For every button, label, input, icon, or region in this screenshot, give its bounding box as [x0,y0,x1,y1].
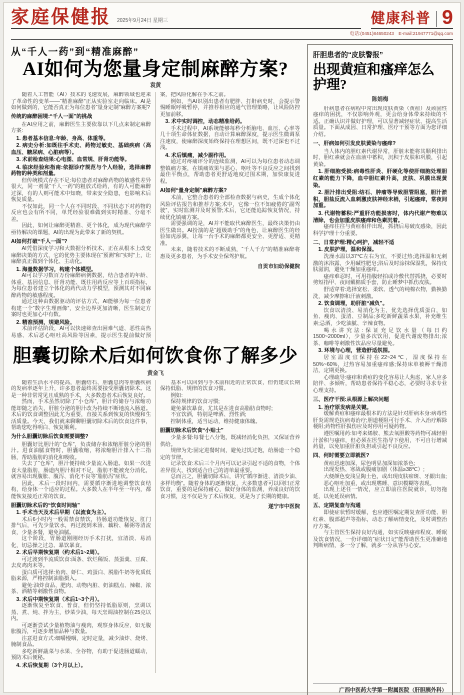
article-text-p: 胆囊好比胆汁的“仓库”，负责储存和浓缩肝脏分泌的胆汁。进食油腻食物时，胆囊收缩，… [11,442,151,462]
article-text-p: 当人体内的胆红素代谢异常，肝脏未能将其顺利排出时，胆红素就会在血液中蓄积，沉积于… [313,149,447,169]
article-ai-author: 袁黄 [11,81,300,89]
article-liver-title: 出现黄疸和瘙痒怎么护理? [313,62,447,93]
article-text-h: 为什么胆囊切除后饮食需要调整? [11,434,151,441]
page-content: 从“千人一药”到“精准麻醉” AI如何为您量身定制麻醉方案? 袁黄 随着人工智能… [11,44,453,695]
article-text-p: 洗澡水温以37℃左右为宜，不要过热;选择温和无刺激的沐浴露，少用碱性肥皂;浴后及… [313,254,447,274]
article-text-p: 然而，手术虽然切除了“小仓库”，胆汁的储存与浓缩功能却随之消失，肝脏分泌的胆汁改… [11,399,151,432]
article-liver-kicker: 肝胆患者的“皮肤警报” [313,50,447,60]
article-ai-anesthesia: 从“千人一药”到“精准麻醉” AI如何为您量身定制麻醉方案? 袁黄 随着人工智能… [11,44,300,343]
article-diet-body: 随着生活水平的提高，胆囊结石、胆囊息肉等胆囊疾病的发病率逐年上升，许多患者最终需… [11,380,300,673]
article-text-h: 胆囊切除术后饮食“小贴士” [160,428,300,435]
article-text-p: 可过渡到半流质饮食:面条、软烂稀饭、蒸蛋羹、豆腐、去皮鸡肉末等。 [11,557,151,570]
article-text-p: 不仅如此，同一个人在不同时段、不同状态下对药物的反应也会有所不同，单凭经验很难做… [11,204,151,224]
article-text-p: 术后6小时内一般需禁食禁饮，待肠道功能恢复、肛门排气后，可先少量饮水，再过渡到米… [11,517,151,537]
article-text-p: 少量多餐:每餐七八分饱，既减轻消化负担，又保证营养供给。 [160,435,300,448]
article-text-h: 三、医疗干预:从根源上解决问题 [313,397,447,404]
article-text-p: 因此，如何让麻醉更精准、更个体化，成为现代麻醉学亟待解决的课题，AI的出现为此带… [11,223,151,236]
article-text-p: 例如，当AI识别出患者有肥胖、打鼾病史时，会提示警惕睡眠呼吸暂停，并推荐相应的通… [160,99,300,119]
article-text-p: 舒适穿着:选择宽松、柔软、透气的纯棉衣物，勤换勤洗，减少摩擦和汗液刺激。 [313,287,447,300]
article-text-n: 4. 术后恢复期（3个月以上）。 [11,663,151,670]
article-text-p: 逐渐恢复至软食、普食，但仍坚持低脂原则，烹调以蒸、煮、炖、拌为主，炒菜少油，每天… [11,603,151,623]
article-text-n: 1. 患者基本信息:年龄、身高、体重等。 [11,136,151,143]
article-text-p: 瘙痒难忍时，可用指腹轻拍或冷敷代替抓挠，必要时剪短指甲、夜间戴棉质手套，防止睡梦… [313,274,447,287]
article-text-p: 可逐渐尝试少量植物油与瘦肉，观察身体反应，如无腹胀腹泻，可逐步增加品种与数量。 [11,623,151,636]
article-text-credit: 自贡市妇幼保健院 [160,264,300,271]
article-text-n: 1. 肝细胞受损:病毒性肝炎、肝硬化等使肝细胞处理胆红素的能力下降，血中胆红素升… [313,169,447,189]
article-text-p: 肝病患者在病程中常出现皮肤黄染（黄疸）及顽固性瘙痒的困扰，不仅影响外观，更会给身… [313,106,447,139]
article-text-n: 2. 胆汁排出受阻:结石、肿瘤等导致胆管阻塞，胆汁淤积，胆盐反流入血刺激皮肤神经… [313,190,447,210]
article-diet-author: 黄金飞 [11,369,300,377]
article-text-p: 需要强调的是，AI并不能取代麻醉医生，最终决策仍由医生做出。AI扮演的是“超级助… [160,221,300,247]
article-text-p: 注意进食方式:细嚼慢咽，定时定量，减少油炸、烧烤、腌制食品。 [11,636,151,649]
article-text-p: 因此，术后一段时间内，需要循序渐进地调整饮食结构，给身体一个适应的过程。大多数人… [11,481,151,501]
article-text-p: 失去了“仓库”，胆汁便持续少量流入肠道。如果一次进食大量脂肪，肠道内胆汁相对不足… [11,461,151,481]
article-text-p: 术前，它整合患者的全部检查数据与病史，生成个体化风险评估报告和推荐方案;术中，它… [160,195,300,221]
article-ai-kicker: 从“千人一药”到“精准麻醉” [11,44,300,58]
masthead-date: 2025年9月24日 星期三 [117,17,168,24]
article-liver-credit: 广西中医药大学第一附属医院（肝胆胰外科） [313,683,447,694]
article-text-n: 2. 病史分析:如既往手术史、药物过敏史、基础疾病（高血压、糖尿病、心脏病等）。 [11,143,151,156]
article-text-h: AI如何打破“千人一面”? [11,239,151,246]
article-liver-care-box: 肝胆患者的“皮肤警报” 出现黄疸和瘙痒怎么护理? 陈娟梅 肝病患者在病程中常出现… [307,44,453,695]
article-text-p: 多吃新鲜蔬菜与水果、全谷物，有助于促进肠道蠕动，预防术后便秘。 [11,649,151,662]
article-text-n: 3. 代谢物蓄积:严重肝功能损害时，体内代谢产物难以清除，也会加重皮肤瘙痒和色素… [313,211,447,224]
article-text-p: 居室温度宜保持在22~24℃，湿度保持在50%~60%，过热容易加重瘙痒感;保持… [313,355,447,375]
article-diet-title: 胆囊切除术后如何饮食你了解多少 [11,347,300,367]
article-text-p: 出现发热、寒战或腹痛加剧（体温≥38℃）; [313,467,447,474]
article-ai-title: AI如何为您量身定制麻醉方案? [11,60,300,81]
page-number: 9 [442,9,453,27]
article-text-h: 二、日常护理:精心呵护，减轻不适 [313,240,447,247]
article-text-n: 4. 临床经验和指南:依据诊疗规范与个人经验，选择麻醉药物的种类和剂量。 [11,165,151,178]
article-text-p: 通过对疼痛评分的连续监测，AI可以为每位患者动态调整镇痛方案，在镇痛效果与恶心、… [160,159,300,185]
article-text-p: 蛋白质可选择:鱼肉、虾仁、鸡蛋白、脱脂牛奶等优质低脂来源，严格控制油脂摄入。 [11,570,151,583]
article-text-h: 四、何时需要立即就医? [313,453,447,460]
article-text-n: 3. 术前检查结果:心电图、血常规、肝肾功能等。 [11,157,151,164]
newspaper-page: 家庭保健报 2025年9月24日 星期三 健康科普 9 电话:(0451)846… [3,2,461,693]
article-text-p: AI可以学习数百万份麻醉病例数据，结合患者的年龄、体重、基因信息、肝肾功能、既往… [11,273,151,299]
masthead-title: 家庭保健报 [11,8,111,26]
page-header: 家庭保健报 2025年9月24日 星期三 健康科普 9 [11,8,453,29]
date-text: 2025年9月24日 [117,18,151,24]
article-liver-author: 陈娟梅 [313,95,447,103]
article-text-p: 缓解黄疸和瘙痒最根本的方法是针对肝病本身:病毒性肝炎需规范抗病毒治疗;胆道梗阻可… [313,411,447,431]
article-text-p: 控制体重，适当运动，维持健康体魄。 [160,419,300,426]
article-text-h: 传统的麻醉困境:“千人一面”的挑战 [11,114,151,121]
article-text-p: 遵医嘱用药:如考来烯胺、熊去氧胆酸等药物可减轻胆汁淤积与瘙痒，但必须在医生指导下… [313,431,447,451]
article-text-p: 避免:油炸食品、肥肉、动物内脏、奶油糕点、辣椒、浓茶、酒精等刺激性食物。 [11,583,151,596]
article-text-p: 规律为先:固定进餐时间，避免过饥过饱，给肠道一个稳定的节律。 [160,448,300,461]
left-articles-column: 从“千人一药”到“精准麻醉” AI如何为您量身定制麻醉方案? 袁黄 随着人工智能… [11,44,300,695]
article-text-p: 随着生活水平的提高，胆囊结石、胆囊息肉等胆囊疾病的发病率逐年上升，许多患者最终需… [11,380,151,400]
article-text-p: 这个阶段，胃肠道刚刚经历手术打扰，宜清淡、易消化，切忌操之过急、暴饮暴食。 [11,536,151,549]
article-text-p: 与主管医生保持良好沟通，如实反映瘙痒程度、睡眠及饮食情况，一份详细的“症状日记”… [313,530,447,550]
article-text-h: AI如何“量身定制”麻醉方案? [160,188,300,195]
article-text-p: 瘙痒往往与黄疸相伴出现，抓挠后易破皮感染，因此科学护理十分重要。 [313,224,447,237]
article-text-h: 五、定期复查与沟通 [313,503,447,510]
contact-line: 电话:(0451)84650243 E-mail:21947771@qq.com [11,29,453,40]
article-text-h: 胆囊切除术后的“饮食时间轴” [11,503,151,510]
article-gallbladder-diet: 胆囊切除术后如何饮食你了解多少 黄金飞 随着生活水平的提高，胆囊结石、胆囊息肉等… [11,347,300,672]
article-text-p: 喝水讲究法:保证充足饮水量（每日约1500~2000ml），少量多次饮用，促进代… [313,328,447,348]
article-text-credit: 遂宁市中医院 [160,504,300,511]
article-text-p: 大便颜色变浅呈陶土色，或出现皮肤瘀斑、牙龈出血; [313,474,447,481]
section-row: 健康科普 9 [371,9,453,29]
masthead-group: 家庭保健报 2025年9月24日 星期三 [11,8,361,29]
article-text-p: 饮食以清淡、易消化为主，优先选择优质蛋白，如鱼、瘦肉、蛋清、豆制品;多吃新鲜蔬菜… [313,308,447,328]
article-text-n: 1. 皮肤护理，温和保湿。 [313,247,447,254]
article-text-n: 2. 饮食调理，助肝脏“减负”。 [313,301,447,308]
article-text-p: 在AI应用之前，麻醉医生主要依靠以下几点来制定麻醉方案: [11,122,151,135]
article-text-p: 出现上述任一情况，应立即前往医院就诊，切勿拖延，以免延误病情。 [313,487,447,500]
weekday-text: 星期三 [153,18,168,24]
section-title: 健康科普 [371,13,431,27]
article-text-p: 未来，随着技术的不断成熟，“千人千方”的精准麻醉将惠及更多患者，为手术安全保驾护… [160,247,300,260]
article-liver-body: 肝病患者在病程中常出现皮肤黄染（黄疸）及顽固性瘙痒的困扰，不仅影响外观，更会给身… [313,106,447,681]
article-text-p: 总而言之，胆囊切除术后，讲究“循序渐进、清淡少油、多样均衡”。随着身体的逐渐恢复… [160,474,300,500]
article-ai-body: 随着人工智能（AI）技术的飞速发展，麻醉领域也迎来了革命性的变革——“精准麻醉”… [11,92,300,342]
article-text-p: 即使症状暂时缓解，也应遵医嘱定期复查肝功能、胆红素、腹部超声等指标，动态了解病情… [313,510,447,530]
article-text-p: 基本可以回到与手术前相近的正常饮食，但仍建议长期保持低脂、规律的饮食习惯。 [160,380,300,393]
article-text-n: 3. 环境与心理，营造舒适氛围。 [313,348,447,355]
page-number-divider [436,11,437,27]
article-text-p: 随着人工智能（AI）技术的飞速发展，麻醉领域也迎来了革命性的变革——“精准麻醉”… [11,92,151,112]
article-text-p: 但传统模式存在不足:每位患者对麻醉药物的敏感性差异很大，同一剂量“千人一药”的粗… [11,178,151,204]
section-group: 健康科普 9 [371,9,453,29]
article-text-p: 心理疏导:瘙痒和黄疸的变化容易让人焦虑，家人应多陪伴、多倾听，帮助患者保持平稳心… [313,375,447,395]
article-text-h: 一、肝病如何引发皮肤黄染与瘙痒? [313,141,447,148]
article-text-p: 手术过程中，AI系统能够每秒分析脑电、血压、心率等几十项生命体征数据，自动计算麻… [160,126,300,152]
article-text-p: 通过这种由数据驱动的评估方式，AI能够为每一位患者构建一个“数字生理画像”，安全… [11,299,151,319]
article-text-p: 记录饮食:术后三个月内可以记录引起不适的食物，个体差异很大，找到适合自己的清单最… [160,461,300,474]
article-text-p: AI凭借深度学习和大数据分析技术，正在从根本上改变麻醉决策的方式，它的优势主要体… [11,246,151,266]
